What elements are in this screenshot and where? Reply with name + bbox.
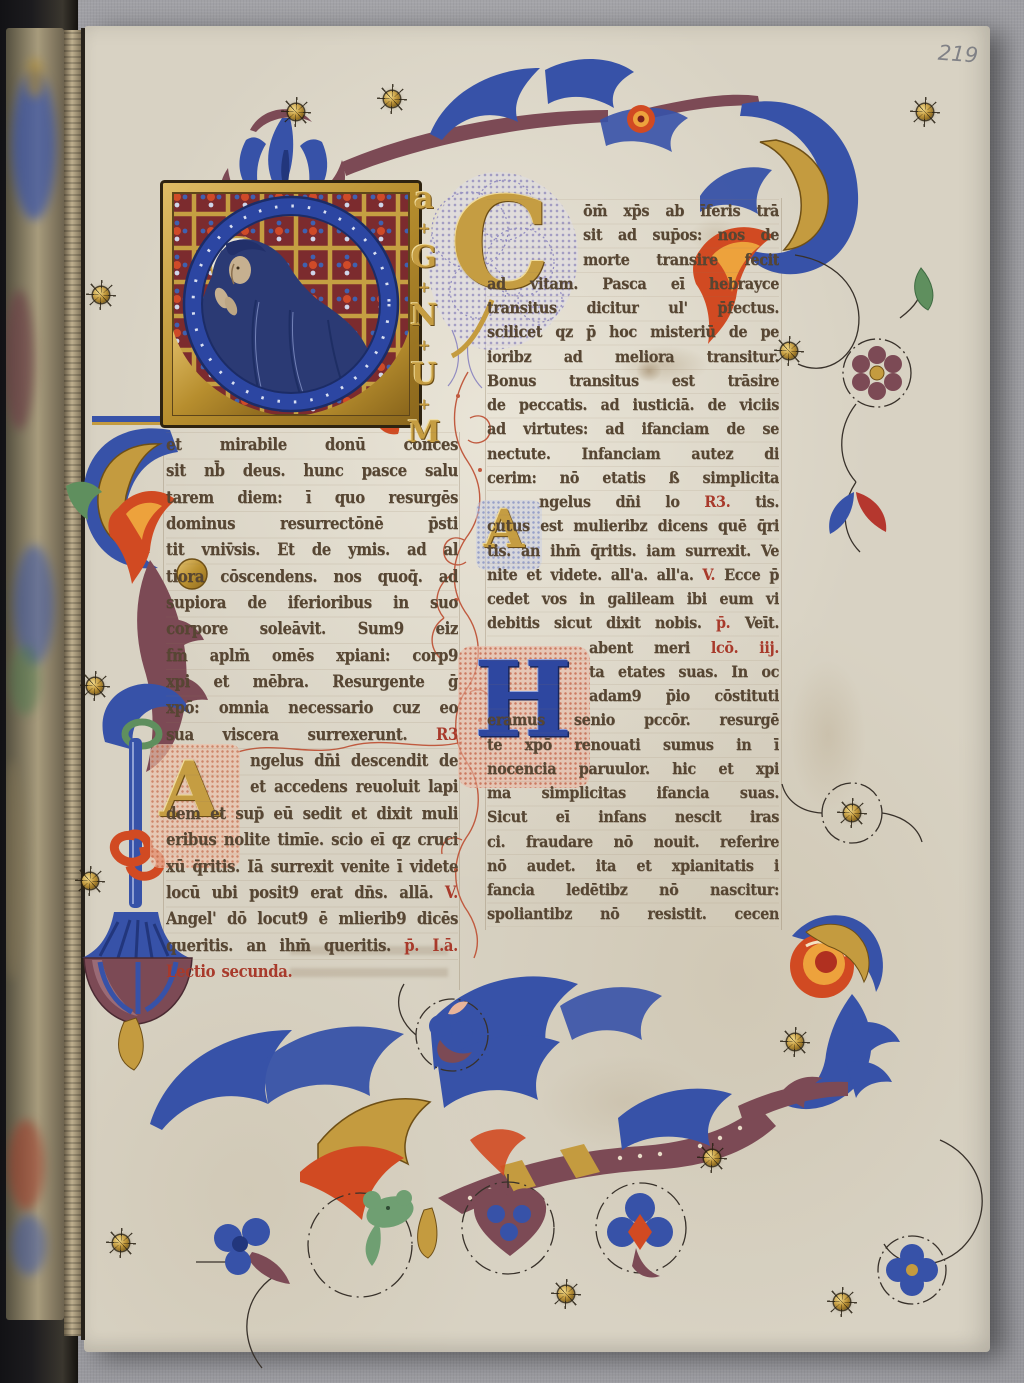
text-line: sua viscera surrexerunt. R3 [166,722,458,748]
text-line: spoliantibz nō resistit. cecen [487,902,779,926]
edge-paint-blue [12,1215,46,1275]
text-line: Angel' dō locut9 ē mlierib9 dicēs quē [166,906,458,932]
text-line: eramus senio pccōr. resurgē [487,708,779,732]
edge-paint-red [8,1120,44,1210]
text-line: xū q̄ritis. Iā surrexit venite ī videte [166,854,458,880]
text-line: tarem diem: ī quo resurgēs [166,485,458,511]
text-line: scilicet qz p̄ hoc misteriū de pe [487,320,779,344]
edge-paint-gold [26,58,44,98]
text-line: abent meri lcō. iij. [487,636,779,660]
text-line: debitis sicut dixit nobis. p̄. Veīt. [487,611,779,635]
gold-boss [93,287,109,303]
gold-boss [787,1034,803,1050]
text-line: tiora cōscendens. nos quoq̄. ad [166,564,458,590]
text-line: queritis. an ihm̄ queritis. p̄. I.ā. [166,933,458,959]
gold-boss [704,1150,720,1166]
text-line: sit ad sup̄os: nos de [487,223,779,247]
text-line: fancia ledētibz nō nascitur: [487,878,779,902]
gold-ornament: + [418,221,431,235]
gold-boss [834,1294,850,1310]
parchment-stain [540,1055,710,1150]
text-line: cutus est mulieribz dicens quē q̄ri [487,514,779,538]
ruling-line [163,432,164,990]
text-line: xpi et mēbra. Resurgente ḡ [166,669,458,695]
text-line: morte transire fecit [487,248,779,272]
gold-boss [288,104,304,120]
gold-boss [82,873,98,889]
gold-ornament: + [418,338,431,352]
text-line: te xpō renouati sumus in ī [487,733,779,757]
gold-letter: U [411,360,437,390]
gold-letter: N [410,301,437,331]
text-line: cedet vos in galileam ibi eum vi [487,587,779,611]
text-line: ioribz ad meliora transitur. [487,345,779,369]
text-line: Bonus transitus est trāsire [487,369,779,393]
text-line: sit nb̄ deus. hunc pasce salu [166,458,458,484]
edge-paint-maroon [6,290,34,430]
text-line: transitus dicitur ul' p̄fectus. [487,296,779,320]
left-text-column: et mirabile donū concessit nb̄ deus. hun… [166,432,458,985]
text-line: ad vitam. Pasca eī hebrayce [487,272,779,296]
text-line: dominus resurrectōnē p̄sti [166,511,458,537]
edge-paint-tan [6,760,26,980]
text-line: nite et videte. all'a. all'a. V. Ecce p̄ [487,563,779,587]
text-line: ci. fraudare nō nouit. referire [487,830,779,854]
text-line: tit vniv̄sis. Et de ymis. ad al [166,537,458,563]
gold-letter: a [414,184,433,214]
manuscript-photograph: 219 a+G+N+U+M C A A H et mirabile donū c… [0,0,1024,1383]
text-line: locū ubi posit9 erat dn̄s. allā. V. [166,880,458,906]
gold-boss [384,91,400,107]
book-gutter-shadow [0,0,78,1383]
gold-boss [87,678,103,694]
text-line: ma simplicitas ifancia suas. [487,781,779,805]
gold-boss [917,104,933,120]
text-line: cerim: nō etatis ß simplicita [487,466,779,490]
gold-boss [844,805,860,821]
folio-number: 219 [937,41,979,68]
previous-folio-edge [6,28,64,1320]
text-line: dem et sup̄ eū sedit et dixit muli [166,801,458,827]
text-line: nō audet. ita et xpianitatis i [487,854,779,878]
text-line: adam9 p̄io cōstituti [487,684,779,708]
text-line: corpore soleāvit. Sum9 eiz [166,616,458,642]
gold-ornament: + [418,280,431,294]
text-line: nectute. Infanciam autez di [487,442,779,466]
text-line: Sicut eī infans nescit iras [487,805,779,829]
text-line: et accedens reuoluit lapi [166,774,458,800]
gold-boss [113,1235,129,1251]
gold-letter: G [411,243,437,273]
text-line: fm̄ aplm̄ omēs xpiani: corp9 [166,643,458,669]
text-line: ngelus dn̄i lo R3. tis. [487,490,779,514]
text-line: supiora de iferioribus in suo [166,590,458,616]
text-line: xpō: omnia necessario cuz eo [166,695,458,721]
gold-boss [558,1286,574,1302]
text-line: Lectio secunda. [166,959,458,985]
edge-paint-green [10,645,40,715]
text-line: ngelus dn̄i descendit de celo [166,748,458,774]
text-line: tis. an ihm̄ q̄ritis. iam surrexit. Ve [487,539,779,563]
right-text-column: ōm̄ xp̄s ab īferis trāsit ad sup̄os: nos… [487,199,779,927]
text-line: ta etates suas. In oc [487,660,779,684]
parchment-stain [790,660,866,810]
text-line: de peccatis. ad iusticiā. de viciis [487,393,779,417]
text-line: eribus nolite timīe. scio eī qz cruci [166,827,458,853]
gold-ornament: + [418,397,431,411]
text-line: ōm̄ xp̄s ab īferis trā [487,199,779,223]
vertical-gold-letters: a+G+N+U+M [406,184,442,448]
text-line: et mirabile donū conces [166,432,458,458]
text-line: ad virtutes: ad ifanciam de se [487,417,779,441]
gold-boss [781,343,797,359]
historiated-initial-miniature [160,180,422,428]
text-line: nocencia paruulor. hic et xpi [487,757,779,781]
ruling-line [781,198,782,930]
